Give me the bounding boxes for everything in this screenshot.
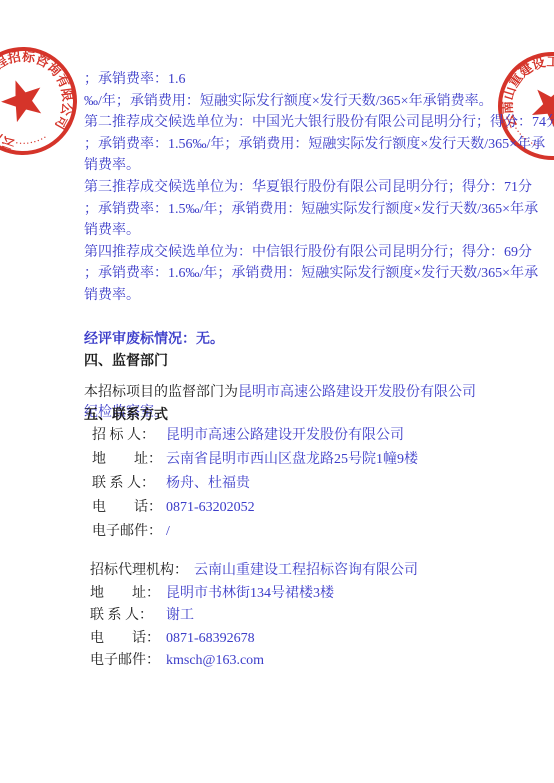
body-line: 销费率。 [84,285,488,307]
body-line: ；承销费率：1.6‰/年；承销费用：短融实际发行额度×发行天数/365×年承 [84,263,488,285]
contact-label: 联 系 人： [90,605,160,628]
contact-value: 云南山重建设工程招标咨询有限公司 [194,563,418,578]
body-line: ；承销费率：1.6 [84,69,488,91]
contact-label: 招 标 人： [92,424,162,448]
body-line: 销费率。 [84,220,488,242]
contact-row-agency-email: 电子邮件：kmsch@163.com [90,650,494,673]
contact-value: 杨舟、杜福贵 [166,476,250,491]
contact-label: 电子邮件： [92,520,162,544]
contact-row-tenderer-email: 电子邮件：/ [92,520,496,544]
seal-serial-marks: ••••••••• [14,131,50,152]
contact-row-agency-person: 联 系 人：谢工 [90,605,494,628]
contact-label: 电子邮件： [90,650,160,673]
contact-value: 0871-63202052 [166,500,255,515]
section-heading-supervision: 四、监督部门 [84,352,488,372]
contact-label: 招标代理机构： [90,560,188,583]
contact-row-agency-name: 招标代理机构：云南山重建设工程招标咨询有限公司 [90,560,494,583]
contact-row-agency-phone: 电 话：0871-68392678 [90,628,494,651]
document-page: 云南山重建设工程招标咨询有限公司 ••••••••• 云南山重建设工程招标咨询有… [0,0,554,783]
agency-contact-block: 招标代理机构：云南山重建设工程招标咨询有限公司 地 址：昆明市书林街134号裙楼… [90,560,494,673]
contact-value: 0871-68392678 [166,631,255,646]
contact-label: 电 话： [92,496,162,520]
seal-ring [0,34,90,167]
contact-value: 昆明市书林街134号裙楼3楼 [166,586,334,601]
company-seal-left-stamp-icon: 云南山重建设工程招标咨询有限公司 ••••••••• [0,28,96,174]
contact-label: 电 话： [90,628,160,651]
contact-label: 地 址： [92,448,162,472]
tenderer-contact-block: 招 标 人：昆明市高速公路建设开发股份有限公司 地 址：云南省昆明市西山区盘龙路… [92,424,496,544]
contact-row-agency-address: 地 址：昆明市书林街134号裙楼3楼 [90,583,494,606]
seal-company-name: 云南山重建设工程招标咨询有限公司 [0,34,87,161]
body-line: ；承销费率：1.5‰/年；承销费用：短融实际发行额度×发行天数/365×年承 [84,199,488,221]
contact-value: 谢工 [166,608,194,623]
body-line: ‰/年；承销费用：短融实际发行额度×发行天数/365×年承销费率。 [84,91,488,113]
rejected-bids-note: 经评审废标情况：无。 [84,330,488,350]
contact-label: 联 系 人： [92,472,162,496]
contact-row-tenderer-name: 招 标 人：昆明市高速公路建设开发股份有限公司 [92,424,496,448]
body-line: 第三推荐成交候选单位为：华夏银行股份有限公司昆明分行；得分：71分 [84,177,488,199]
section-heading-contact: 五、联系方式 [84,406,488,426]
contact-row-tenderer-person: 联 系 人：杨舟、杜福贵 [92,472,496,496]
contact-value: kmsch@163.com [166,653,264,668]
seal-star-icon [0,73,49,125]
supervision-prefix: 本招标项目的监督部门为 [84,385,238,400]
contact-label: 地 址： [90,583,160,606]
body-line: 销费率。 [84,155,488,177]
contact-value: 昆明市高速公路建设开发股份有限公司 [166,428,404,443]
contact-value: / [166,524,170,539]
contact-row-tenderer-address: 地 址：云南省昆明市西山区盘龙路25号院1幢9楼 [92,448,496,472]
body-line: ；承销费率：1.56‰/年；承销费用：短融实际发行额度×发行天数/365×年承 [84,134,488,156]
candidates-paragraph: ；承销费率：1.6 ‰/年；承销费用：短融实际发行额度×发行天数/365×年承销… [84,69,488,307]
contact-value: 云南省昆明市西山区盘龙路25号院1幢9楼 [166,452,418,467]
contact-row-tenderer-phone: 电 话：0871-63202052 [92,496,496,520]
body-line: 第四推荐成交候选单位为：中信银行股份有限公司昆明分行；得分：69分 [84,242,488,264]
body-line: 第二推荐成交候选单位为：中国光大银行股份有限公司昆明分行；得分：74分 [84,112,488,134]
